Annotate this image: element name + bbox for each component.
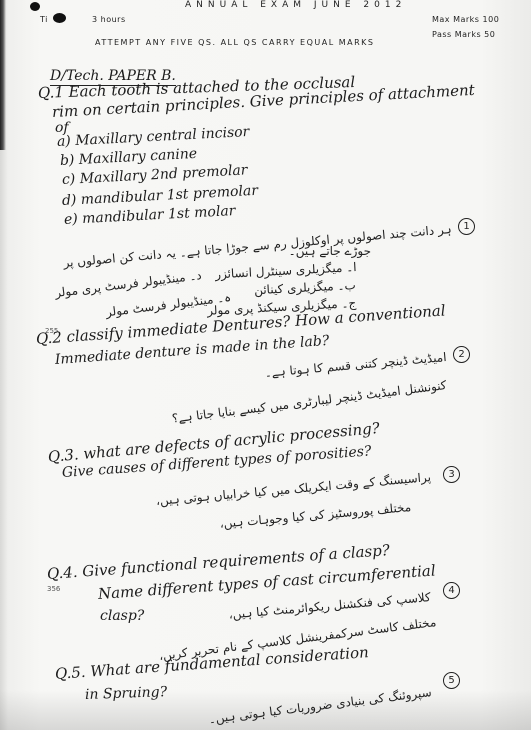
ink-blot [30,2,40,11]
exam-title: ANNUAL EXAM JUNE 2012 [185,0,406,10]
q2-number-circle: 2 [453,346,470,363]
ink-blot [53,13,66,23]
q5-line-2: in Spruing? [85,684,168,703]
exam-paper-scan: ANNUAL EXAM JUNE 2012 Ti 3 hours Max Mar… [0,0,531,730]
instruction: ATTEMPT ANY FIVE QS. ALL QS CARRY EQUAL … [95,38,374,47]
q1-urdu-line-1: ہر دانت چند اصولوں پر اوکلوزل رم سے جوڑا… [62,222,451,270]
q2-urdu-line-1: امیڈیٹ ڈینچر کتنی قسم کا ہوتا ہے۔ [264,350,447,380]
q4-urdu-line-1: کلاسپ کی فنکشنل ریکوائرمنٹ کیا ہیں، [229,590,432,622]
max-marks: Max Marks 100 [432,15,499,24]
q1-item-a: a) Maxillary central incisor [57,124,250,150]
time-label: Ti [40,15,48,24]
q2-urdu-line-2: کنونشنل امیڈیٹ ڈینچر لیبارٹری میں کیسے ب… [171,378,447,426]
pass-marks: Pass Marks 50 [432,30,495,39]
q4-margin-note: 356 [47,585,60,593]
q4-line-3: clasp? [100,608,144,624]
q1-urdu-line-2: جوڑے جاتے ہیں۔ [289,244,371,258]
scan-edge-shadow [0,0,6,150]
q4-number-circle: 4 [443,582,460,599]
q5-number-circle: 5 [443,672,460,689]
q1-number-circle: 1 [458,218,475,235]
q3-urdu-line-2: مختلف پوروسٹیز کی کیا وجوہات ہیں، [219,500,412,531]
time-value: 3 hours [92,15,126,24]
q3-number-circle: 3 [443,466,460,483]
q1-urdu-line-4: ب۔ میگزیلری کینائن [254,278,356,297]
